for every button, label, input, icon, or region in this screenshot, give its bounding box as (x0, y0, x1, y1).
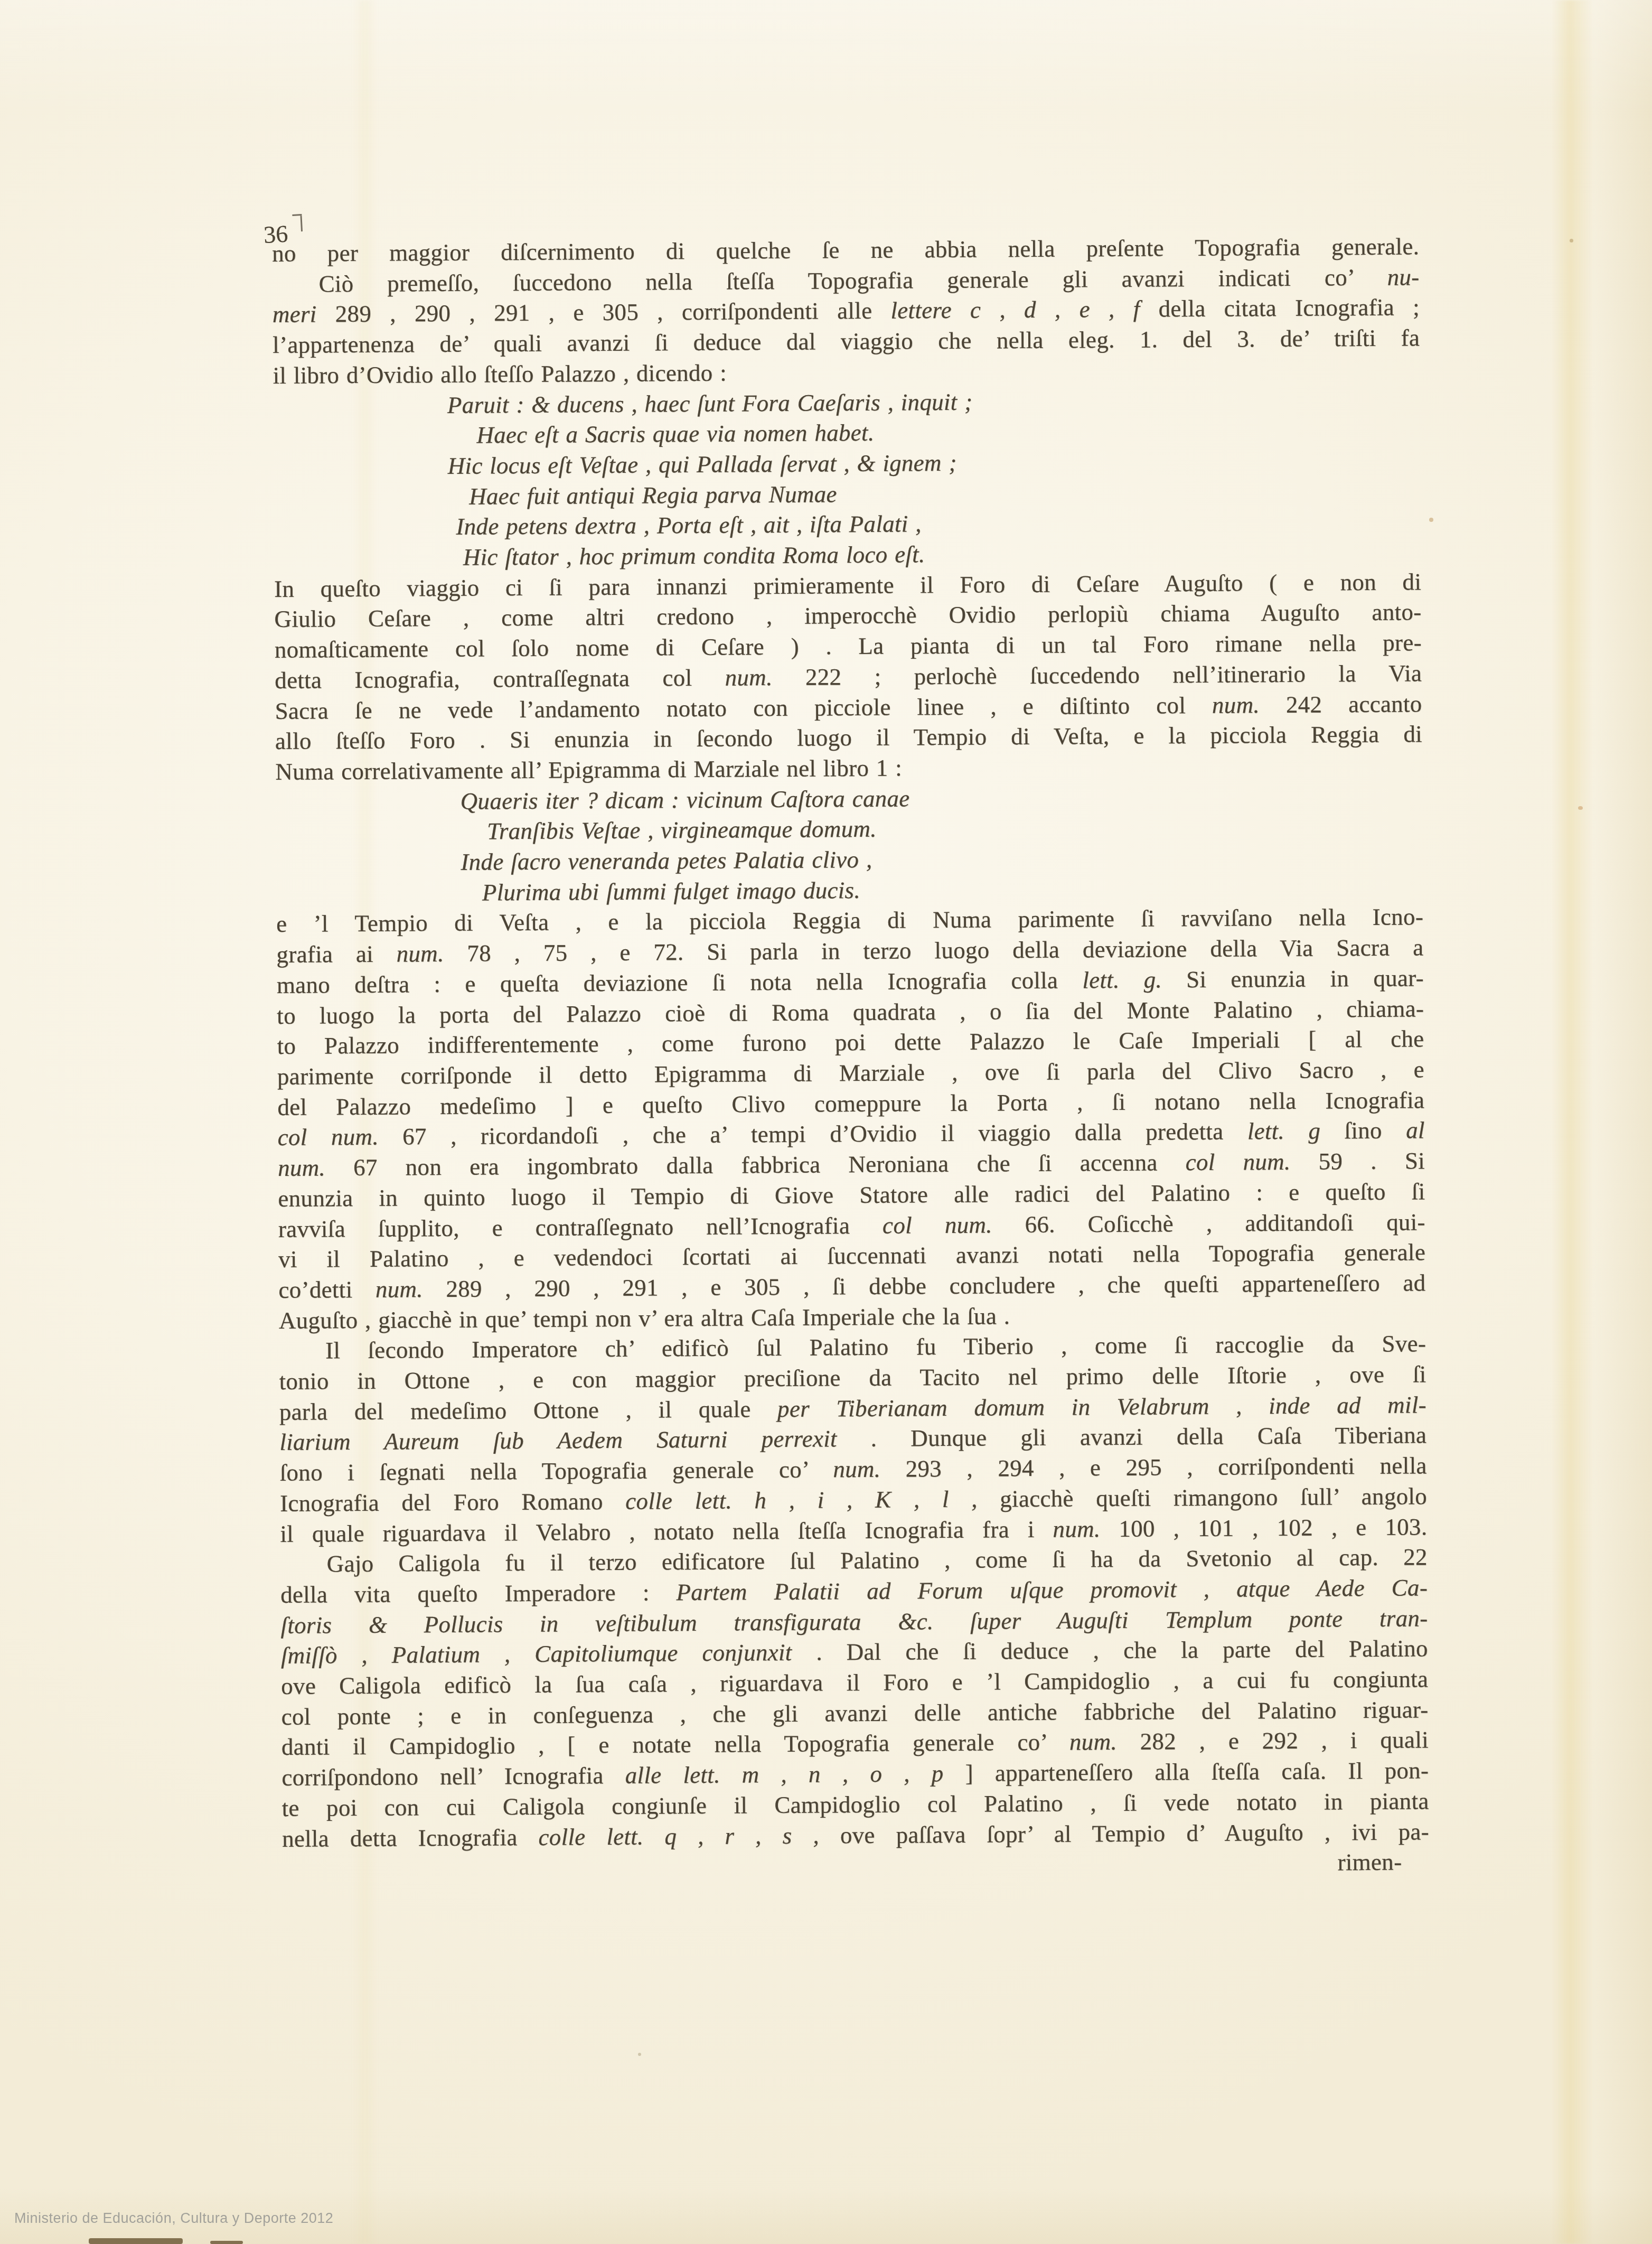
page-number-bracket (292, 214, 303, 232)
foxing-speck (638, 2053, 641, 2056)
scan-edge-artifact (89, 2238, 183, 2244)
foxing-speck (1570, 239, 1573, 242)
text-block: no per maggior diſcernimento di quelche … (272, 231, 1430, 1885)
scan-edge-artifact (210, 2241, 243, 2244)
paper-streak-right (1552, 0, 1593, 2244)
foxing-speck (1429, 518, 1433, 522)
scanned-book-page: 36 no per maggior diſcernimento di quelc… (0, 0, 1652, 2244)
foxing-speck (1578, 806, 1583, 810)
library-watermark: Ministerio de Educación, Cultura y Depor… (14, 2210, 333, 2227)
lines-container: no per maggior diſcernimento di quelche … (272, 231, 1429, 1854)
